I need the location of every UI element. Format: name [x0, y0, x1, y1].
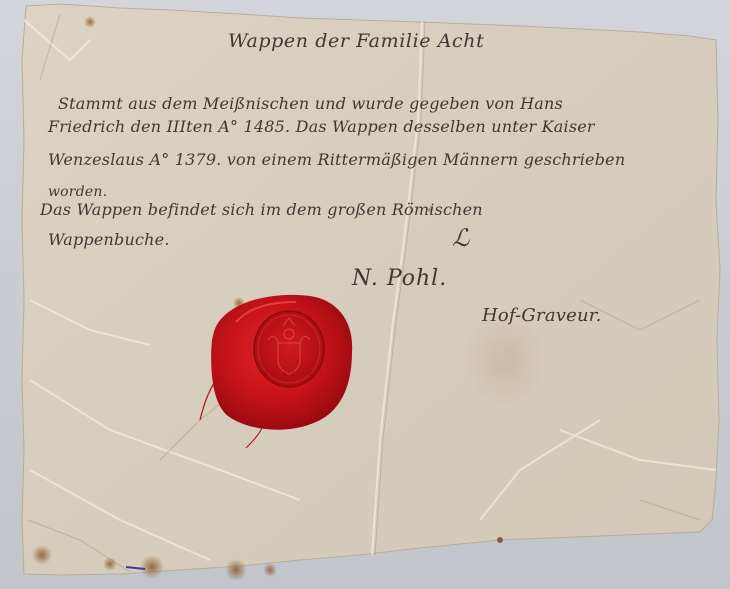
signature: N. Pohl.	[352, 266, 447, 291]
photo-stage: Wappen der Familie Acht Stammt aus dem M…	[0, 0, 730, 589]
seal-inscription: R·C·A·E·H·D·T	[264, 371, 324, 378]
body-line-2: Friedrich den IIIten A° 1485. Das Wappen…	[48, 117, 595, 136]
body-line-1: Stammt aus dem Meißnischen und wurde geg…	[58, 94, 563, 113]
body-line-4: worden.	[48, 184, 107, 200]
signatory-role: Hof-Graveur.	[482, 305, 602, 326]
flourish-mark: ℒ	[452, 224, 470, 252]
body-line-5: Das Wappen befindet sich im dem großen R…	[40, 200, 483, 219]
document-title: Wappen der Familie Acht	[228, 30, 484, 52]
paper-sheet	[0, 0, 730, 589]
body-line-6: Wappenbuche.	[48, 230, 170, 249]
body-line-3: Wenzeslaus A° 1379. von einem Rittermäßi…	[48, 150, 625, 169]
